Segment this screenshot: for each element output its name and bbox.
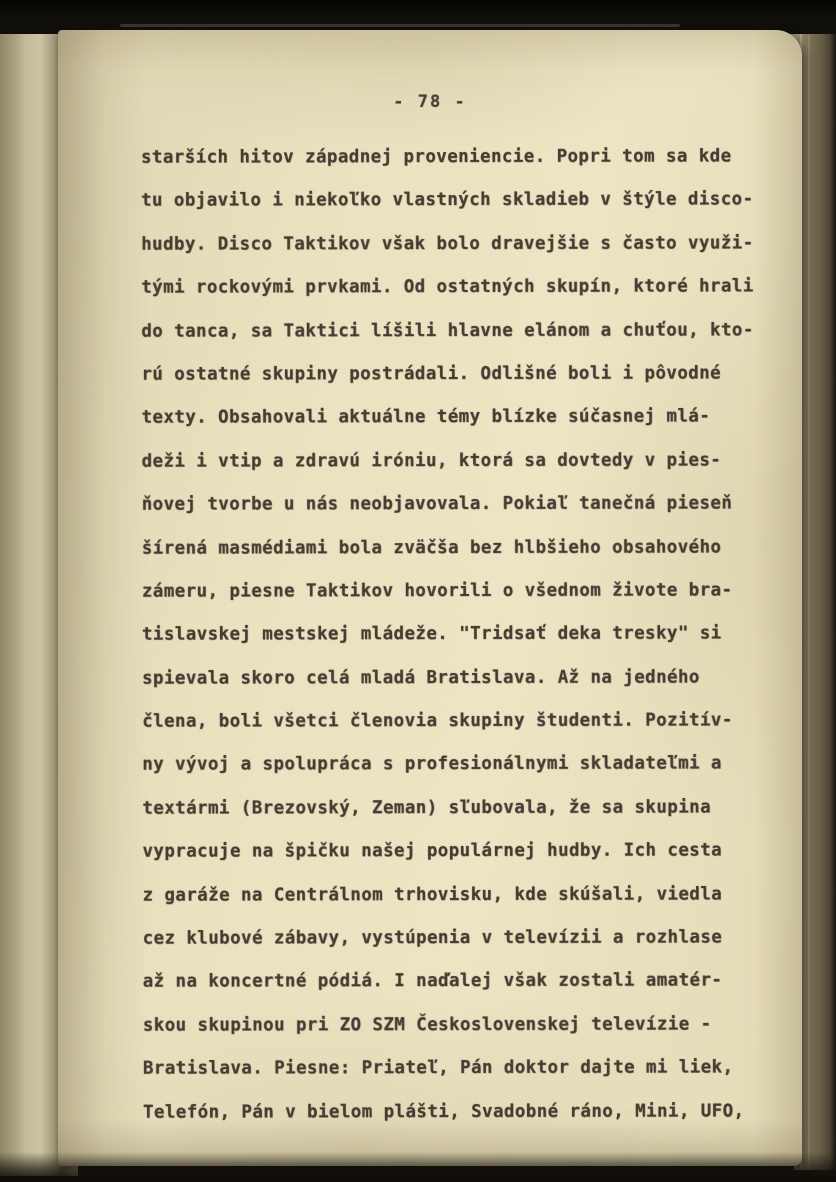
text-line: texty. Obsahovali aktuálne témy blízke s… <box>142 396 782 441</box>
text-line: tu objavilo i niekoľko vlastných skladie… <box>141 179 781 224</box>
text-line: šírená masmédiami bola zväčša bez hlbšie… <box>142 526 782 571</box>
page-edge-line <box>808 18 810 1170</box>
text-line: hudby. Disco Taktikov však bolo dravejši… <box>141 222 781 267</box>
scanner-glint <box>120 24 680 27</box>
text-line: Bratislava. Piesne: Priateľ, Pán doktor … <box>143 1047 783 1092</box>
text-line: textármi (Brezovský, Zeman) sľubovala, ž… <box>142 786 782 831</box>
text-line: deži i vtip a zdravú iróniu, ktorá sa do… <box>142 439 782 484</box>
document-text: starších hitov západnej proveniencie. Po… <box>141 135 783 1134</box>
text-line: ny vývoj a spolupráca s profesionálnymi … <box>142 743 782 788</box>
text-line: starších hitov západnej proveniencie. Po… <box>141 135 781 180</box>
text-line: rú ostatné skupiny postrádali. Odlišné b… <box>141 352 781 397</box>
text-line: do tanca, sa Taktici líšili hlavne eláno… <box>141 309 781 354</box>
text-line: vypracuje na špičku našej populárnej hud… <box>142 830 782 875</box>
scanned-document-background: - 78 - starších hitov západnej provenien… <box>0 0 836 1182</box>
text-line: tislavskej mestskej mládeže. "Tridsať de… <box>142 613 782 658</box>
text-line: ňovej tvorbe u nás neobjavovala. Pokiaľ … <box>142 482 782 527</box>
text-line: Telefón, Pán v bielom plášti, Svadobné r… <box>143 1090 783 1135</box>
text-line: zámeru, piesne Taktikov hovorili o všedn… <box>142 569 782 614</box>
text-line: člena, boli všetci členovia skupiny štud… <box>142 699 782 744</box>
text-line: tými rockovými prvkami. Od ostatných sku… <box>141 266 781 311</box>
text-line: až na koncertné pódiá. I naďalej však zo… <box>143 960 783 1005</box>
text-line: cez klubové zábavy, vystúpenia v televíz… <box>143 916 783 961</box>
page-number: - 78 - <box>58 92 802 112</box>
bottom-scan-shadow <box>0 1152 836 1182</box>
scanner-bed-top <box>0 0 836 34</box>
text-line: skou skupinou pri ZO SZM Československej… <box>143 1003 783 1048</box>
book-page: - 78 - starších hitov západnej provenien… <box>58 30 802 1166</box>
text-line: spievala skoro celá mladá Bratislava. Až… <box>142 656 782 701</box>
text-line: z garáže na Centrálnom trhovisku, kde sk… <box>143 873 783 918</box>
